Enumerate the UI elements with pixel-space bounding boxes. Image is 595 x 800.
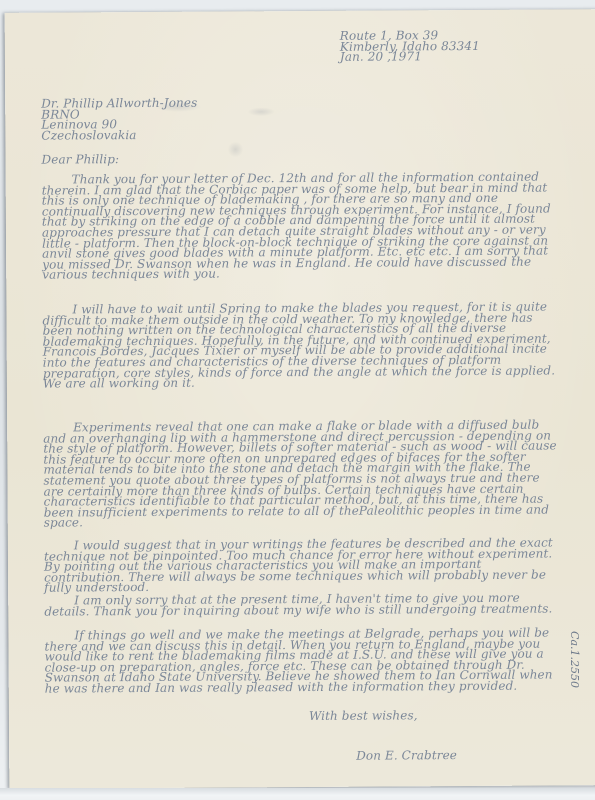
letter-date: Jan. 20 ,1971 — [340, 51, 480, 62]
pencil-smudge — [227, 141, 243, 157]
paragraph-4: I would suggest that in your writings th… — [44, 537, 560, 593]
salutation: Dear Phillip: — [42, 154, 120, 165]
paragraph-3: Experiments reveal that one can make a f… — [43, 419, 560, 528]
paragraph-2: I will have to wait until Spring to make… — [42, 301, 559, 389]
letter-scan: Route 1, Box 39 Kimberly, Idaho 83341 Ja… — [0, 0, 595, 800]
signature: Don E. Crabtree — [356, 750, 457, 761]
catalog-number: Ca.1.2550 — [568, 631, 581, 688]
return-address: Route 1, Box 39 Kimberly, Idaho 83341 Ja… — [340, 30, 480, 63]
scan-bottom-edge — [0, 788, 595, 800]
recipient-address: Dr. Phillip Allworth-Jones BRNO Leninova… — [41, 98, 197, 141]
paragraph-6: If things go well and we make the meetin… — [44, 627, 560, 694]
closing: With best wishes, — [309, 710, 418, 721]
letter-paper: Route 1, Box 39 Kimberly, Idaho 83341 Ja… — [5, 9, 595, 789]
pencil-smudge — [247, 107, 275, 116]
paragraph-5: I am only sorry that at the present time… — [44, 592, 560, 616]
recipient-line: Czechoslovakia — [41, 129, 197, 141]
paragraph-1: Thank you for your letter of Dec. 12th a… — [42, 171, 559, 280]
